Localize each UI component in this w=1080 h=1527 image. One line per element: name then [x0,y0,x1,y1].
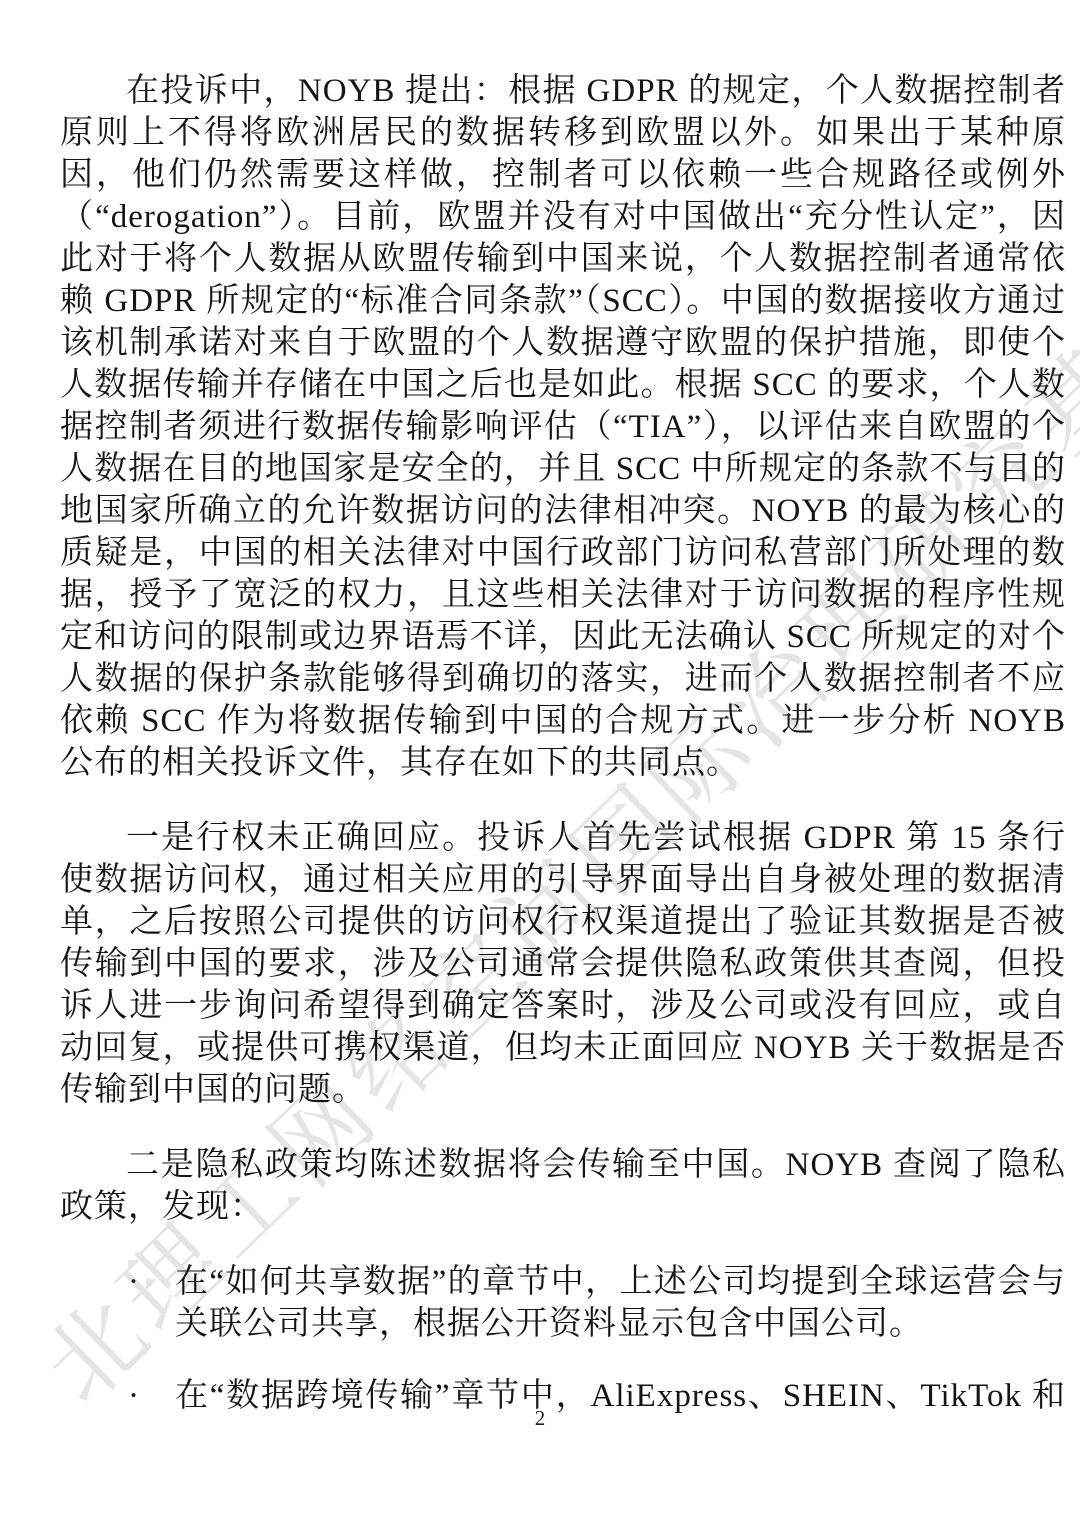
body-paragraph-3: 二是隐私政策均陈述数据将会传输至中国。NOYB 查阅了隐私政策，发现： [60,1144,1066,1228]
document-page: 北理工网络空间国际治理研究基地 在投诉中，NOYB 提出：根据 GDPR 的规定… [0,0,1080,1527]
bullet-dot-icon: · [128,1261,175,1345]
bullet-text-1: 在“如何共享数据”的章节中，上述公司均提到全球运营会与关联公司共享，根据公开资料… [175,1261,1066,1345]
body-paragraph-2: 一是行权未正确回应。投诉人首先尝试根据 GDPR 第 15 条行使数据访问权，通… [60,817,1066,1111]
page-number: 2 [0,1406,1080,1431]
body-paragraph-1: 在投诉中，NOYB 提出：根据 GDPR 的规定，个人数据控制者原则上不得将欧洲… [60,70,1066,784]
bullet-item-1: · 在“如何共享数据”的章节中，上述公司均提到全球运营会与关联公司共享，根据公开… [128,1261,1066,1345]
page-content: 在投诉中，NOYB 提出：根据 GDPR 的规定，个人数据控制者原则上不得将欧洲… [60,70,1066,1417]
